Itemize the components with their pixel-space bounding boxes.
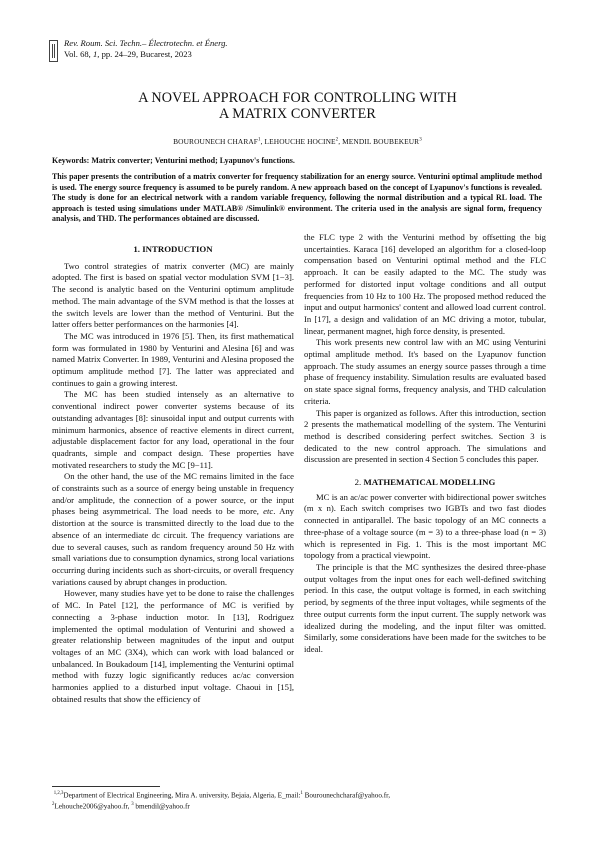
paragraph: Two control strategies of matrix convert… [52, 261, 294, 331]
email-link[interactable]: Bourounechcharaf@yahoo.fr, [303, 791, 390, 799]
author: BOUROUNECH CHARAF [173, 137, 258, 146]
paragraph: This work presents new control law with … [304, 337, 546, 407]
journal-header: Rev. Roum. Sci. Techn.– Électrotechn. et… [49, 38, 228, 62]
footnote-divider [52, 786, 160, 787]
right-column: the FLC type 2 with the Venturini method… [304, 232, 546, 656]
left-column: 1. INTRODUCTION Two control strategies o… [52, 244, 294, 705]
journal-citation: Rev. Roum. Sci. Techn.– Électrotechn. et… [64, 38, 228, 60]
journal-name: Rev. Roum. Sci. Techn.– Électrotechn. et… [64, 38, 228, 49]
paragraph: the FLC type 2 with the Venturini method… [304, 232, 546, 337]
keywords: Keywords: Matrix converter; Venturini me… [52, 156, 295, 165]
paragraph: MC is an ac/ac power converter with bidi… [304, 492, 546, 562]
paragraph: However, many studies have yet to be don… [52, 588, 294, 705]
author: LEHOUCHE HOCINE [265, 137, 336, 146]
paragraph: This paper is organized as follows. Afte… [304, 408, 546, 467]
journal-logo-icon [49, 40, 58, 62]
email-link[interactable]: bmendil@yahoo.fr [134, 803, 190, 811]
email-link[interactable]: Lehouche2006@yahoo.fr, [54, 803, 131, 811]
paper-title: A NOVEL APPROACH FOR CONTROLLING WITH A … [0, 90, 595, 122]
paragraph: The principle is that the MC synthesizes… [304, 562, 546, 656]
section-heading-modelling: 2. MATHEMATICAL MODELLING [304, 477, 546, 489]
footnote: 1,2,3Department of Electrical Engineerin… [52, 789, 552, 812]
author: MENDIL BOUBEKEUR [342, 137, 419, 146]
author-list: BOUROUNECH CHARAF1, LEHOUCHE HOCINE2, ME… [0, 137, 595, 146]
abstract: This paper presents the contribution of … [52, 172, 542, 225]
section-heading-introduction: 1. INTRODUCTION [52, 244, 294, 256]
journal-volume: Vol. 68, 1, pp. 24–29, Bucarest, 2023 [64, 49, 228, 60]
paragraph: The MC has been studied intensely as an … [52, 389, 294, 471]
paragraph: The MC was introduced in 1976 [5]. Then,… [52, 331, 294, 390]
paragraph: On the other hand, the use of the MC rem… [52, 471, 294, 588]
